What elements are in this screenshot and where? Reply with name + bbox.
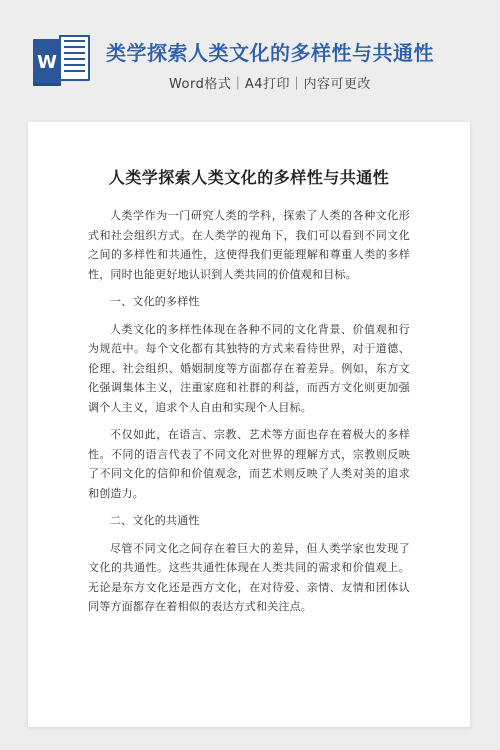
document-title: 人类学探索人类文化的多样性与共通性	[88, 166, 410, 190]
document-page: 人类学探索人类文化的多样性与共通性 人类学作为一门研究人类的学科，探索了人类的各…	[28, 122, 470, 727]
paragraph: 不仅如此，在语言、宗教、艺术等方面也存在着极大的多样性。不同的语言代表了不同文化…	[88, 425, 410, 503]
section-heading: 一、文化的多样性	[88, 292, 410, 312]
page-title: 类学探索人类文化的多样性与共通性	[70, 40, 470, 66]
page-subtitle: Word格式｜A4打印｜内容可更改	[70, 73, 470, 92]
word-icon-panel: W	[33, 39, 61, 86]
paragraph: 人类文化的多样性体现在各种不同的文化背景、价值观和行为规范中。每个文化都有其独特…	[88, 320, 410, 418]
document-body: 人类学作为一门研究人类的学科，探索了人类的各种文化形式和社会组织方式。在人类学的…	[88, 206, 410, 617]
section-heading: 二、文化的共通性	[88, 511, 410, 531]
paragraph: 尽管不同文化之间存在着巨大的差异，但人类学家也发现了文化的共通性。这些共通性体现…	[88, 539, 410, 617]
header-titles: 类学探索人类文化的多样性与共通性 Word格式｜A4打印｜内容可更改	[70, 40, 470, 92]
template-preview-page: W 类学探索人类文化的多样性与共通性 Word格式｜A4打印｜内容可更改 人类学…	[0, 0, 500, 750]
word-icon-letter: W	[37, 54, 57, 72]
header: W 类学探索人类文化的多样性与共通性 Word格式｜A4打印｜内容可更改	[0, 0, 500, 122]
paragraph: 人类学作为一门研究人类的学科，探索了人类的各种文化形式和社会组织方式。在人类学的…	[88, 206, 410, 284]
